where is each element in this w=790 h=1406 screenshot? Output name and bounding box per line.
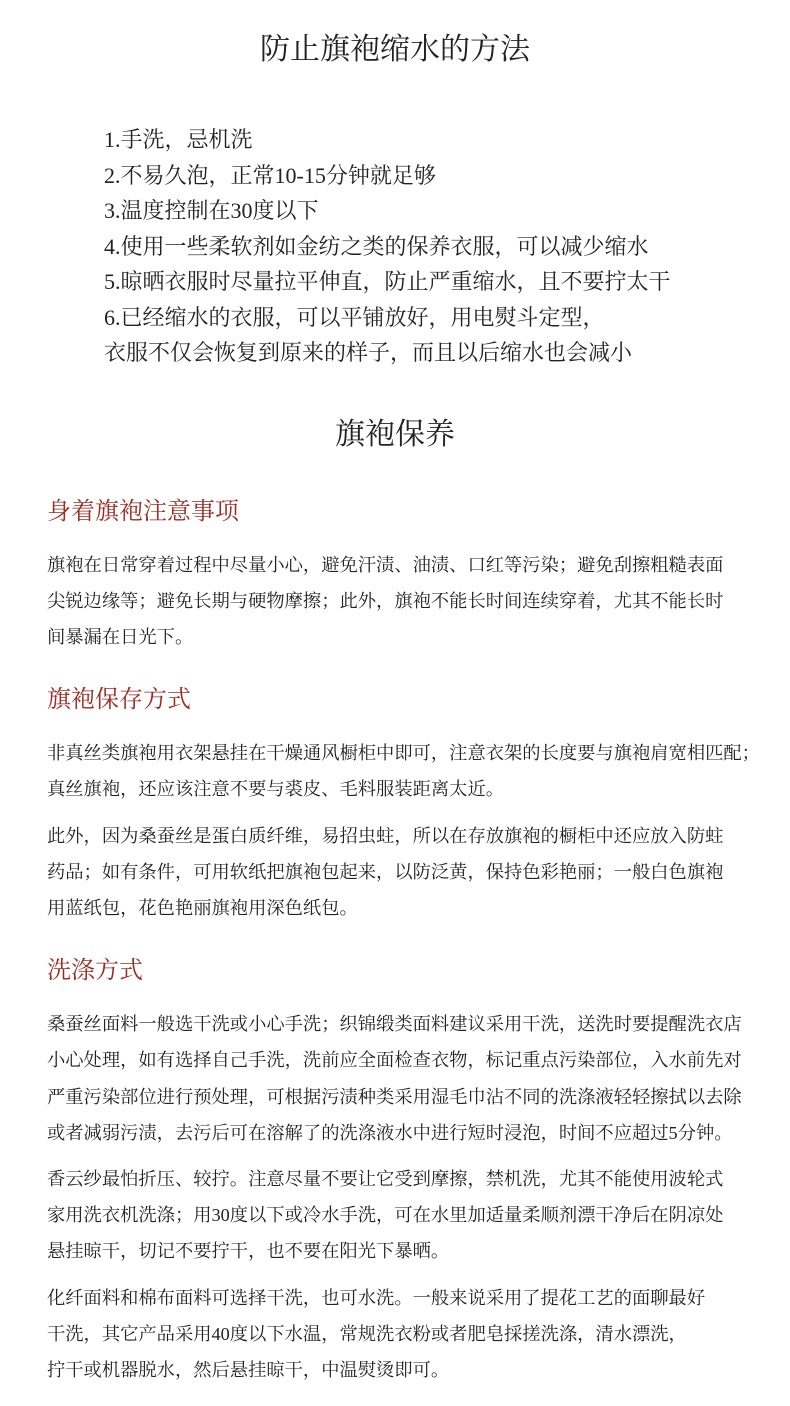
section-heading: 旗袍保存方式	[0, 655, 790, 715]
paragraph: 非真丝类旗袍用衣架悬挂在干燥通风橱柜中即可，注意衣架的长度要与旗袍肩宽相匹配； …	[0, 715, 790, 807]
care-section-wearing: 身着旗袍注意事项 旗袍在日常穿着过程中尽量小心，避免汗渍、油渍、口红等污染；避免…	[0, 453, 790, 656]
tip-item: 3.温度控制在30度以下	[104, 193, 790, 229]
section-heading: 洗涤方式	[0, 926, 790, 986]
page-title: 防止旗袍缩水的方法	[0, 0, 790, 68]
shrink-tips-list: 1.手洗，忌机洗 2.不易久泡，正常10-15分钟就足够 3.温度控制在30度以…	[0, 68, 790, 371]
tip-item: 2.不易久泡，正常10-15分钟就足够	[104, 158, 790, 194]
paragraph: 香云纱最怕折压、较拧。注意尽量不要让它受到摩擦，禁机洗，尤其不能使用波轮式 家用…	[0, 1151, 790, 1270]
tip-item: 6.已经缩水的衣服，可以平铺放好，用电熨斗定型， 衣服不仅会恢复到原来的样子，而…	[104, 300, 790, 371]
care-section-storage: 旗袍保存方式 非真丝类旗袍用衣架悬挂在干燥通风橱柜中即可，注意衣架的长度要与旗袍…	[0, 655, 790, 926]
tip-item: 1.手洗，忌机洗	[104, 122, 790, 158]
tip-item: 5.晾晒衣服时尽量拉平伸直，防止严重缩水，且不要拧太干	[104, 264, 790, 300]
tip-item: 4.使用一些柔软剂如金纺之类的保养衣服，可以减少缩水	[104, 229, 790, 265]
paragraph: 化纤面料和棉布面料可选择干洗，也可水洗。一般来说采用了提花工艺的面聊最好 干洗，…	[0, 1270, 790, 1389]
paragraph: 桑蚕丝面料一般选干洗或小心手洗；织锦缎类面料建议采用干洗，送洗时要提醒洗衣店 小…	[0, 986, 790, 1151]
paragraph: 此外，因为桑蚕丝是蛋白质纤维，易招虫蛀，所以在存放旗袍的橱柜中还应放入防蛀 药品…	[0, 808, 790, 927]
document-page: 防止旗袍缩水的方法 1.手洗，忌机洗 2.不易久泡，正常10-15分钟就足够 3…	[0, 0, 790, 1388]
section-heading: 身着旗袍注意事项	[0, 453, 790, 527]
care-section-title: 旗袍保养	[0, 371, 790, 453]
care-section-washing: 洗涤方式 桑蚕丝面料一般选干洗或小心手洗；织锦缎类面料建议采用干洗，送洗时要提醒…	[0, 926, 790, 1388]
paragraph: 旗袍在日常穿着过程中尽量小心，避免汗渍、油渍、口红等污染；避免刮擦粗糙表面 尖锐…	[0, 527, 790, 656]
